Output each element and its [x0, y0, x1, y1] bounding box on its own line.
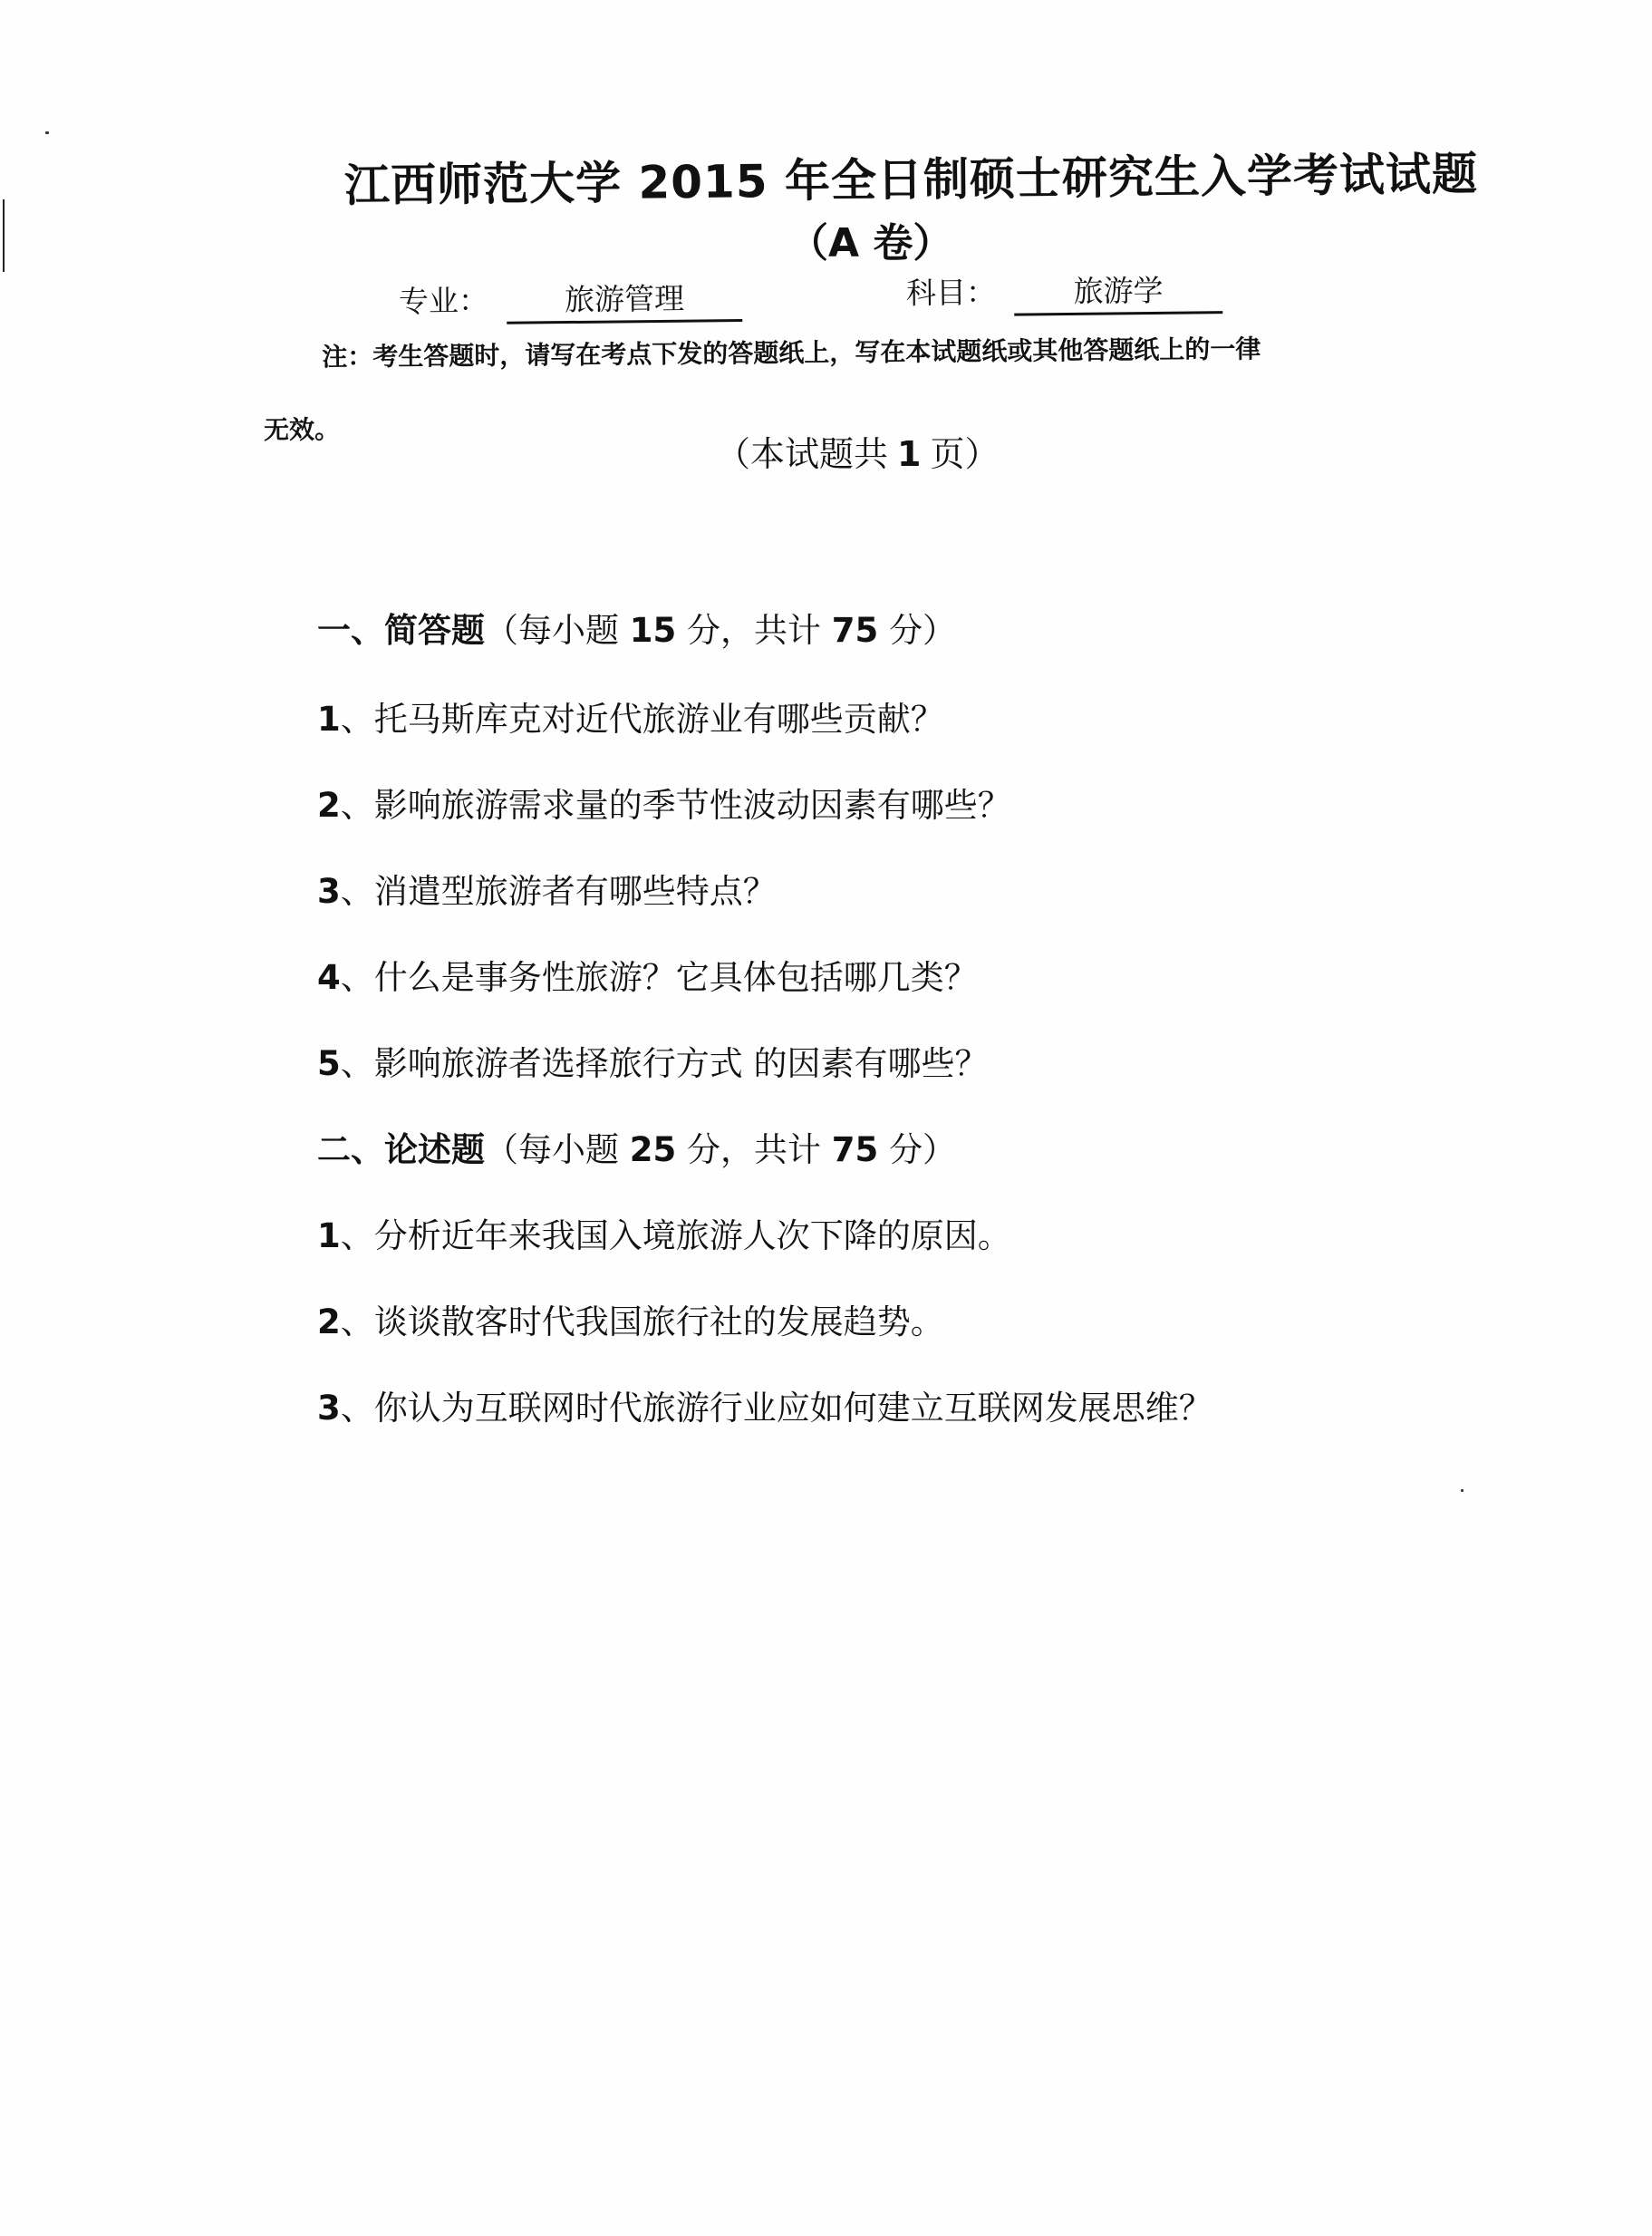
- section-label: 一、简答题: [317, 611, 485, 650]
- page-count-suffix: 页）: [930, 434, 999, 474]
- section-total-score: 75: [832, 1130, 879, 1169]
- major-label: 专业：: [399, 277, 488, 321]
- question-number: 5: [317, 1044, 341, 1083]
- scoring-mid: 分，共计: [687, 611, 821, 650]
- subject-value: 旅游学: [1014, 266, 1223, 315]
- question-item: 3、消遣型旅游者有哪些特点？: [317, 864, 777, 913]
- question-number: 1: [317, 700, 341, 739]
- question-item: 4、什么是事务性旅游？它具体包括哪几类？: [317, 950, 978, 999]
- per-question-score: 15: [630, 611, 677, 650]
- scoring-prefix: （每小题: [485, 1130, 619, 1169]
- paper-version: （A 卷）: [788, 210, 952, 268]
- question-number: 2: [317, 786, 341, 825]
- question-number: 3: [317, 872, 341, 911]
- page-count-number: 1: [897, 434, 921, 474]
- page-count: （本试题共1页）: [716, 426, 999, 476]
- question-text: 、消遣型旅游者有哪些特点？: [341, 872, 777, 911]
- scoring-mid: 分，共计: [687, 1130, 821, 1169]
- per-question-score: 25: [630, 1130, 677, 1169]
- question-text: 、影响旅游者选择旅行方式 的因素有哪些？: [341, 1044, 989, 1083]
- question-text: 、你认为互联网时代旅游行业应如何建立互联网发展思维？: [341, 1389, 1212, 1428]
- question-item: 2、影响旅游需求量的季节性波动因素有哪些？: [317, 778, 1011, 827]
- scoring-suffix: 分）: [889, 611, 956, 650]
- question-text: 、谈谈散客时代我国旅行社的发展趋势。: [341, 1302, 944, 1341]
- notice-line-1: 注：考生答题时，请写在考点下发的答题纸上，写在本试题纸或其他答题纸上的一律: [263, 312, 1424, 394]
- question-item: 3、你认为互联网时代旅游行业应如何建立互联网发展思维？: [317, 1380, 1212, 1429]
- question-number: 2: [317, 1302, 341, 1341]
- question-item: 1、分析近年来我国入境旅游人次下降的原因。: [317, 1208, 1011, 1257]
- scoring-prefix: （每小题: [485, 611, 619, 650]
- question-number: 1: [317, 1216, 341, 1255]
- question-item: 2、谈谈散客时代我国旅行社的发展趋势。: [317, 1294, 944, 1343]
- page-count-prefix: （本试题共: [716, 434, 888, 474]
- question-text: 、分析近年来我国入境旅游人次下降的原因。: [341, 1216, 1011, 1255]
- question-item: 5、影响旅游者选择旅行方式 的因素有哪些？: [317, 1036, 989, 1085]
- section-heading-essay: 二、论述题（每小题 25 分，共计 75 分）: [317, 1122, 956, 1171]
- scan-speck: [45, 131, 49, 134]
- major-value: 旅游管理: [507, 275, 743, 324]
- question-item: 1、托马斯库克对近代旅游业有哪些贡献？: [317, 692, 944, 740]
- scoring-suffix: 分）: [889, 1130, 956, 1169]
- exam-paper-page: 江西师范大学 2015 年全日制硕士研究生入学考试试题 （A 卷） 专业：旅游管…: [0, 0, 1652, 2236]
- scan-edge-mark: [3, 199, 5, 272]
- scan-speck: [1461, 1489, 1464, 1492]
- subject-label: 科目：: [906, 269, 996, 313]
- section-heading-short-answer: 一、简答题（每小题 15 分，共计 75 分）: [317, 603, 956, 652]
- section-label: 二、论述题: [317, 1130, 485, 1169]
- exam-title: 江西师范大学 2015 年全日制硕士研究生入学考试试题: [344, 139, 1415, 215]
- question-number: 3: [317, 1389, 341, 1428]
- question-number: 4: [317, 958, 341, 997]
- question-text: 、影响旅游需求量的季节性波动因素有哪些？: [341, 786, 1011, 825]
- section-total-score: 75: [832, 611, 879, 650]
- question-text: 、托马斯库克对近代旅游业有哪些贡献？: [341, 700, 944, 739]
- subject-field: 科目：旅游学: [906, 266, 1223, 317]
- question-text: 、什么是事务性旅游？它具体包括哪几类？: [341, 958, 978, 997]
